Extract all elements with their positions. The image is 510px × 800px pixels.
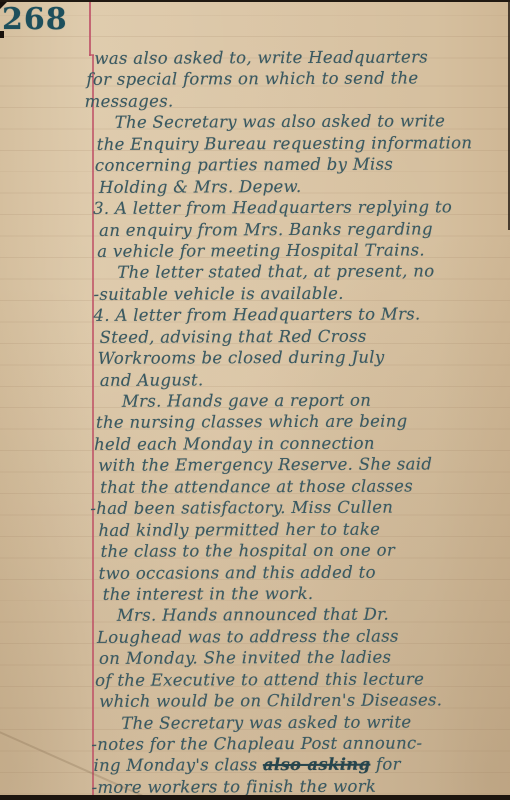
handwritten-text: -suitable vehicle is available.	[93, 284, 343, 304]
manuscript-line: messages.	[85, 89, 505, 112]
manuscript-line: for special forms on which to send the	[84, 68, 504, 91]
handwritten-text: The Secretary was asked to write	[121, 712, 411, 732]
manuscript-line: Workrooms be closed during July	[86, 346, 506, 369]
manuscript-line: concerning parties named by Miss	[85, 153, 505, 176]
struck-text: also asking	[263, 755, 371, 774]
handwritten-text: a vehicle for meeting Hospital Trains.	[97, 240, 425, 260]
manuscript-line: of the Executive to attend this lecture	[87, 668, 507, 691]
handwritten-text: 4. A letter from Headquarters to Mrs.	[93, 305, 420, 325]
manuscript-line: Holding & Mrs. Depew.	[85, 175, 505, 198]
manuscript-line: which would be on Children's Diseases.	[87, 689, 507, 712]
manuscript-line: -notes for the Chapleau Post announc-	[87, 732, 507, 755]
handwritten-text: for	[370, 755, 400, 774]
manuscript-line: The Secretary was also asked to write	[85, 110, 505, 133]
handwritten-text: was also asked to, write Headquarters	[94, 47, 428, 67]
handwritten-text: Steed, advising that Red Cross	[100, 326, 367, 346]
handwritten-text: two occasions and this added to	[99, 562, 376, 582]
handwritten-text: The Secretary was also asked to write	[115, 112, 446, 132]
handwritten-text: Loughead was to address the class	[97, 626, 399, 646]
manuscript-line: an enquiry from Mrs. Banks regarding	[85, 218, 505, 241]
scan-edge-top	[0, 0, 510, 2]
manuscript-line: the class to the hospital on one or	[87, 539, 507, 562]
handwritten-text: -had been satisfactory. Miss Cullen	[90, 498, 393, 518]
handwritten-text: 3. A letter from Headquarters replying t…	[93, 197, 452, 218]
scan-edge-bottom	[0, 795, 510, 800]
manuscript-line: Mrs. Hands gave a report on	[86, 389, 506, 412]
manuscript-line: held each Monday in connection	[86, 432, 506, 455]
handwritten-text: that the attendance at those classes	[100, 476, 413, 496]
manuscript-line: had kindly permitted her to take	[86, 518, 506, 541]
handwritten-text: which would be on Children's Diseases.	[99, 690, 442, 710]
handwritten-text: for special forms on which to send the	[86, 69, 418, 89]
manuscript-line: The letter stated that, at present, no	[85, 260, 505, 283]
manuscript-line: The Secretary was asked to write	[87, 711, 507, 734]
handwritten-text: The letter stated that, at present, no	[117, 262, 434, 282]
manuscript-line: the Enquiry Bureau requesting informatio…	[85, 132, 505, 155]
manuscript-line: 3. A letter from Headquarters replying t…	[85, 196, 505, 219]
manuscript-line: -had been satisfactory. Miss Cullen	[86, 496, 506, 519]
manuscript-line: Steed, advising that Red Cross	[86, 325, 506, 348]
manuscript-line: -suitable vehicle is available.	[85, 282, 505, 305]
handwritten-text: an enquiry from Mrs. Banks regarding	[99, 219, 433, 239]
handwritten-text: the Enquiry Bureau requesting informatio…	[97, 133, 473, 154]
handwritten-text: Mrs. Hands gave a report on	[122, 391, 371, 411]
manuscript-line: that the attendance at those classes	[86, 475, 506, 498]
manuscript-line: was also asked to, write Headquarters	[84, 46, 504, 69]
handwritten-text: -notes for the Chapleau Post announc-	[91, 733, 422, 753]
handwritten-text: the nursing classes which are being	[96, 412, 408, 432]
handwritten-text: Holding & Mrs. Depew.	[99, 177, 302, 197]
handwritten-text: -more workers to finish the work	[92, 777, 377, 797]
manuscript-line: two occasions and this added to	[87, 561, 507, 584]
scan-edge-notch	[0, 31, 4, 38]
page-number: 268	[2, 2, 68, 37]
handwritten-text: with the Emergency Reserve. She said	[98, 455, 432, 475]
manuscript: was also asked to, write Headquartersfor…	[84, 46, 507, 798]
manuscript-line: Loughead was to address the class	[87, 625, 507, 648]
handwritten-text: of the Executive to attend this lecture	[95, 669, 424, 689]
manuscript-line: with the Emergency Reserve. She said	[86, 453, 506, 476]
handwritten-text: messages.	[85, 91, 174, 110]
handwritten-text: and August.	[100, 370, 204, 389]
manuscript-line: a vehicle for meeting Hospital Trains.	[85, 239, 505, 262]
handwritten-text: the class to the hospital on one or	[101, 541, 396, 561]
manuscript-line: Mrs. Hands announced that Dr.	[87, 603, 507, 626]
handwritten-text: on Monday. She invited the ladies	[99, 648, 391, 668]
scanned-minutes-page: 268 was also asked to, write Headquarter…	[0, 0, 510, 800]
manuscript-line: ing Monday's class also asking for	[87, 754, 507, 777]
manuscript-line: the interest in the work.	[87, 582, 507, 605]
handwritten-text: Workrooms be closed during July	[98, 348, 385, 368]
handwritten-text: ing Monday's class	[93, 756, 262, 776]
manuscript-line: 4. A letter from Headquarters to Mrs.	[85, 303, 505, 326]
handwritten-text: had kindly permitted her to take	[98, 519, 380, 539]
manuscript-line: and August.	[86, 368, 506, 391]
manuscript-line: the nursing classes which are being	[86, 411, 506, 434]
handwritten-text: concerning parties named by Miss	[95, 155, 393, 175]
handwritten-text: the interest in the work.	[103, 584, 314, 604]
handwritten-text: held each Monday in connection	[94, 434, 375, 454]
handwritten-text: Mrs. Hands announced that Dr.	[117, 605, 389, 625]
manuscript-line: on Monday. She invited the ladies	[87, 646, 507, 669]
